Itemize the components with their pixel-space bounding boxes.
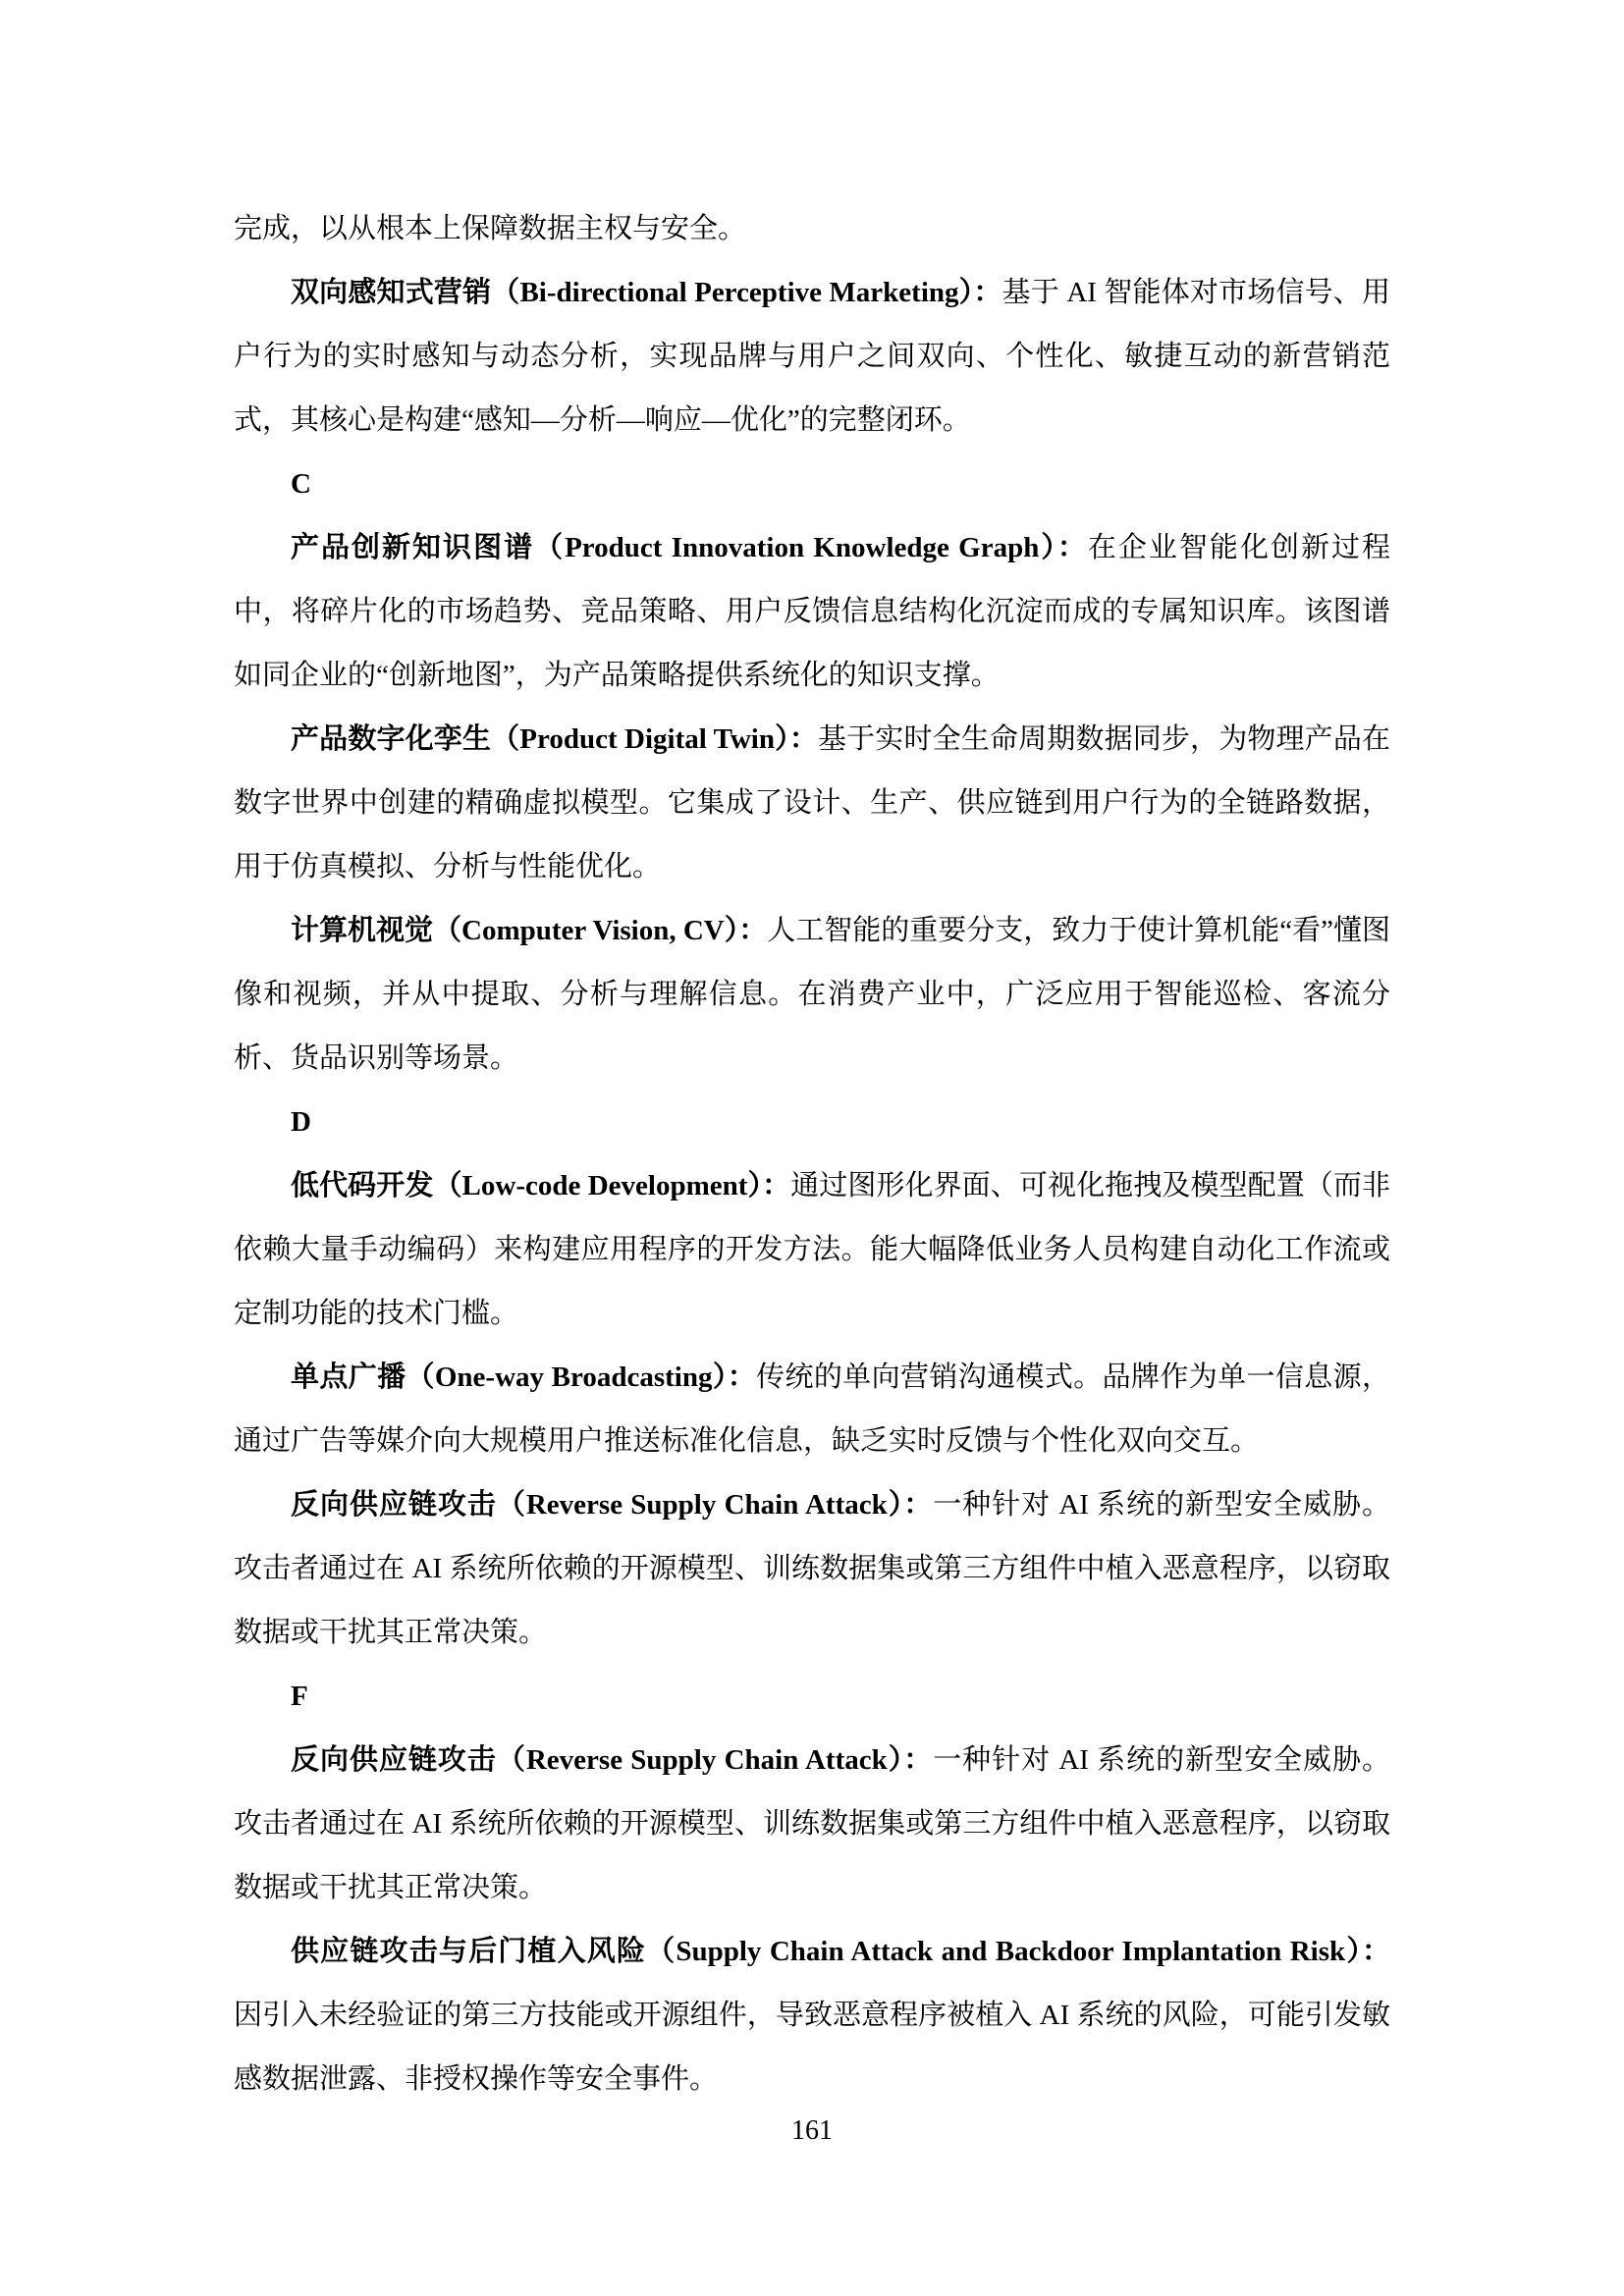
glossary-entry: 低代码开发（Low-code Development）：通过图形化界面、可视化拖… xyxy=(234,1154,1390,1346)
glossary-term: 计算机视觉（Computer Vision, CV）： xyxy=(291,915,767,946)
paragraph-continuation: 完成，以从根本上保障数据主权与安全。 xyxy=(234,197,1390,261)
document-body: 完成，以从根本上保障数据主权与安全。双向感知式营销（Bi-directional… xyxy=(234,197,1390,2111)
glossary-entry: 产品创新知识图谱（Product Innovation Knowledge Gr… xyxy=(234,516,1390,708)
glossary-entry: 计算机视觉（Computer Vision, CV）：人工智能的重要分支，致力于… xyxy=(234,899,1390,1091)
section-letter-label: C xyxy=(291,468,311,500)
glossary-term: 双向感知式营销（Bi-directional Perceptive Market… xyxy=(291,277,1002,308)
section-letter: D xyxy=(234,1091,1390,1154)
glossary-term: 产品数字化孪生（Product Digital Twin）： xyxy=(291,723,818,755)
glossary-term: 低代码开发（Low-code Development）： xyxy=(291,1170,790,1201)
section-letter-label: F xyxy=(291,1681,308,1712)
glossary-entry: 反向供应链攻击（Reverse Supply Chain Attack）：一种针… xyxy=(234,1473,1390,1665)
glossary-entry: 供应链攻击与后门植入风险（Supply Chain Attack and Bac… xyxy=(234,1920,1390,2111)
glossary-term: 供应链攻击与后门植入风险（Supply Chain Attack and Bac… xyxy=(291,1936,1390,1967)
glossary-term: 反向供应链攻击（Reverse Supply Chain Attack）： xyxy=(291,1744,933,1776)
glossary-entry: 反向供应链攻击（Reverse Supply Chain Attack）：一种针… xyxy=(234,1729,1390,1920)
glossary-entry: 双向感知式营销（Bi-directional Perceptive Market… xyxy=(234,261,1390,453)
section-letter: C xyxy=(234,453,1390,516)
glossary-term: 产品创新知识图谱（Product Innovation Knowledge Gr… xyxy=(291,532,1088,563)
glossary-entry: 产品数字化孪生（Product Digital Twin）：基于实时全生命周期数… xyxy=(234,708,1390,899)
document-page: 完成，以从根本上保障数据主权与安全。双向感知式营销（Bi-directional… xyxy=(0,0,1624,2296)
section-letter-label: D xyxy=(291,1106,311,1138)
glossary-term: 单点广播（One-way Broadcasting）： xyxy=(291,1362,756,1393)
glossary-term: 反向供应链攻击（Reverse Supply Chain Attack）： xyxy=(291,1489,933,1521)
section-letter: F xyxy=(234,1665,1390,1729)
page-number: 161 xyxy=(0,2115,1624,2147)
glossary-definition: 因引入未经验证的第三方技能或开源组件，导致恶意程序被植入 AI 系统的风险，可能… xyxy=(234,2000,1390,2095)
glossary-entry: 单点广播（One-way Broadcasting）：传统的单向营销沟通模式。品… xyxy=(234,1346,1390,1473)
